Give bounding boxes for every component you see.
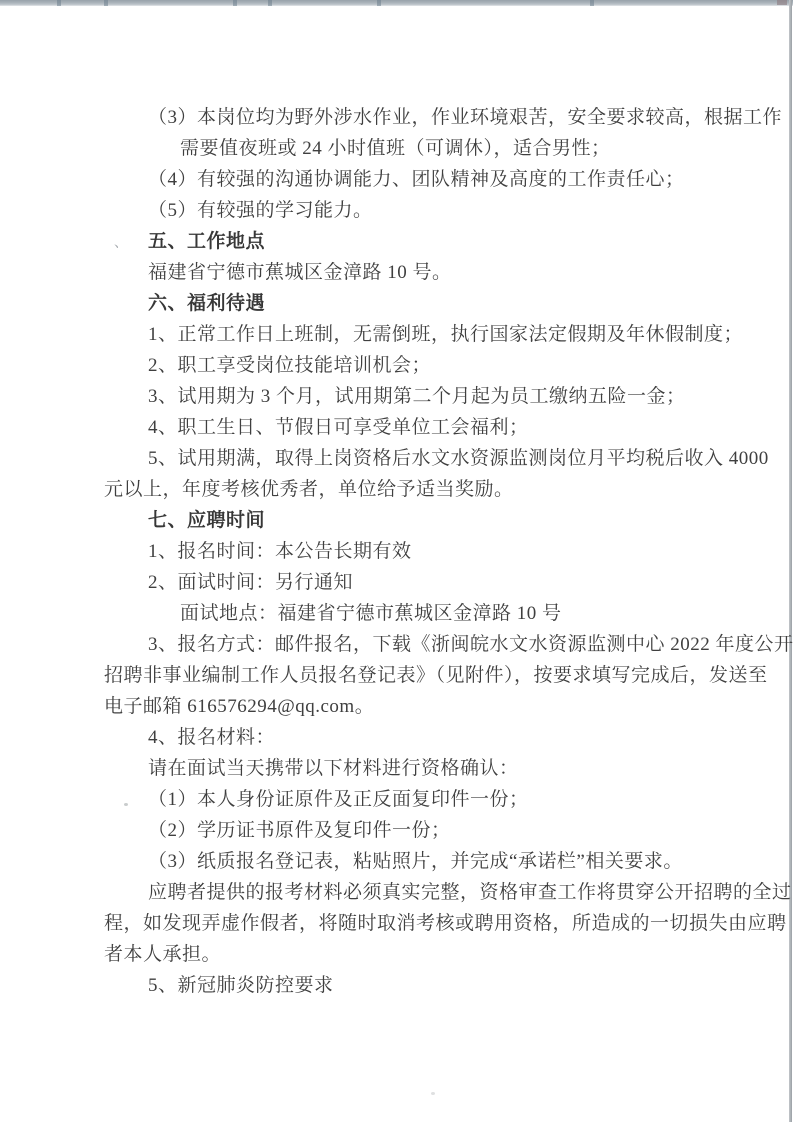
scan-corner-mark	[777, 0, 787, 5]
text-line: 招聘非事业编制工作人员报名登记表》（见附件），按要求填写完成后，发送至	[104, 660, 724, 691]
text-line: 应聘者提供的报考材料必须真实完整，资格审查工作将贯穿公开招聘的全过	[104, 877, 724, 908]
scan-right-edge	[789, 0, 792, 1122]
text-line: （5）有较强的学习能力。	[104, 195, 724, 226]
text-line: 4、职工生日、节假日可享受单位工会福利；	[104, 412, 724, 443]
scan-edge-tick	[57, 0, 61, 6]
scan-edge-tick	[104, 0, 108, 6]
text-line: 需要值夜班或 24 小时值班（可调休），适合男性；	[104, 133, 724, 164]
text-line: 1、报名时间：本公告长期有效	[104, 536, 724, 567]
scan-speck	[431, 1092, 435, 1095]
text-line: 请在面试当天携带以下材料进行资格确认：	[104, 753, 724, 784]
document-body: （3）本岗位均为野外涉水作业，作业环境艰苦，安全要求较高，根据工作 需要值夜班或…	[104, 102, 724, 1001]
section-heading: 五、工作地点	[104, 226, 724, 257]
section-heading: 七、应聘时间	[104, 505, 724, 536]
scan-edge-tick	[377, 0, 381, 6]
text-line: 1、正常工作日上班制，无需倒班，执行国家法定假期及年休假制度；	[104, 319, 724, 350]
text-line: 电子邮箱 616576294@qq.com。	[104, 691, 724, 722]
scan-edge-tick	[590, 0, 594, 6]
text-line: 2、职工享受岗位技能培训机会；	[104, 350, 724, 381]
text-line: （3）本岗位均为野外涉水作业，作业环境艰苦，安全要求较高，根据工作	[104, 102, 724, 133]
text-line: 5、新冠肺炎防控要求	[104, 970, 724, 1001]
scan-top-edge	[0, 0, 793, 6]
text-line: （2）学历证书原件及复印件一份；	[104, 815, 724, 846]
text-line: 3、试用期为 3 个月，试用期第二个月起为员工缴纳五险一金；	[104, 381, 724, 412]
text-line: 面试地点：福建省宁德市蕉城区金漳路 10 号	[104, 598, 724, 629]
text-line: 元以上，年度考核优秀者，单位给予适当奖励。	[104, 474, 724, 505]
scan-edge-tick	[268, 0, 272, 6]
text-line: 福建省宁德市蕉城区金漳路 10 号。	[104, 257, 724, 288]
text-line: 4、报名材料：	[104, 722, 724, 753]
text-line: （1）本人身份证原件及正反面复印件一份；	[104, 784, 724, 815]
text-line: 者本人承担。	[104, 939, 724, 970]
text-line: （3）纸质报名登记表，粘贴照片，并完成“承诺栏”相关要求。	[104, 846, 724, 877]
text-line: 2、面试时间：另行通知	[104, 567, 724, 598]
section-heading: 六、福利待遇	[104, 288, 724, 319]
text-line: 程，如发现弄虚作假者，将随时取消考核或聘用资格，所造成的一切损失由应聘	[104, 908, 724, 939]
scan-edge-tick	[233, 0, 237, 6]
text-line: 5、试用期满，取得上岗资格后水文水资源监测岗位月平均税后收入 4000	[104, 443, 724, 474]
text-line: 3、报名方式：邮件报名，下载《浙闽皖水文水资源监测中心 2022 年度公开	[104, 629, 724, 660]
document-page: 、 （3）本岗位均为野外涉水作业，作业环境艰苦，安全要求较高，根据工作 需要值夜…	[0, 0, 793, 1122]
text-line: （4）有较强的沟通协调能力、团队精神及高度的工作责任心；	[104, 164, 724, 195]
